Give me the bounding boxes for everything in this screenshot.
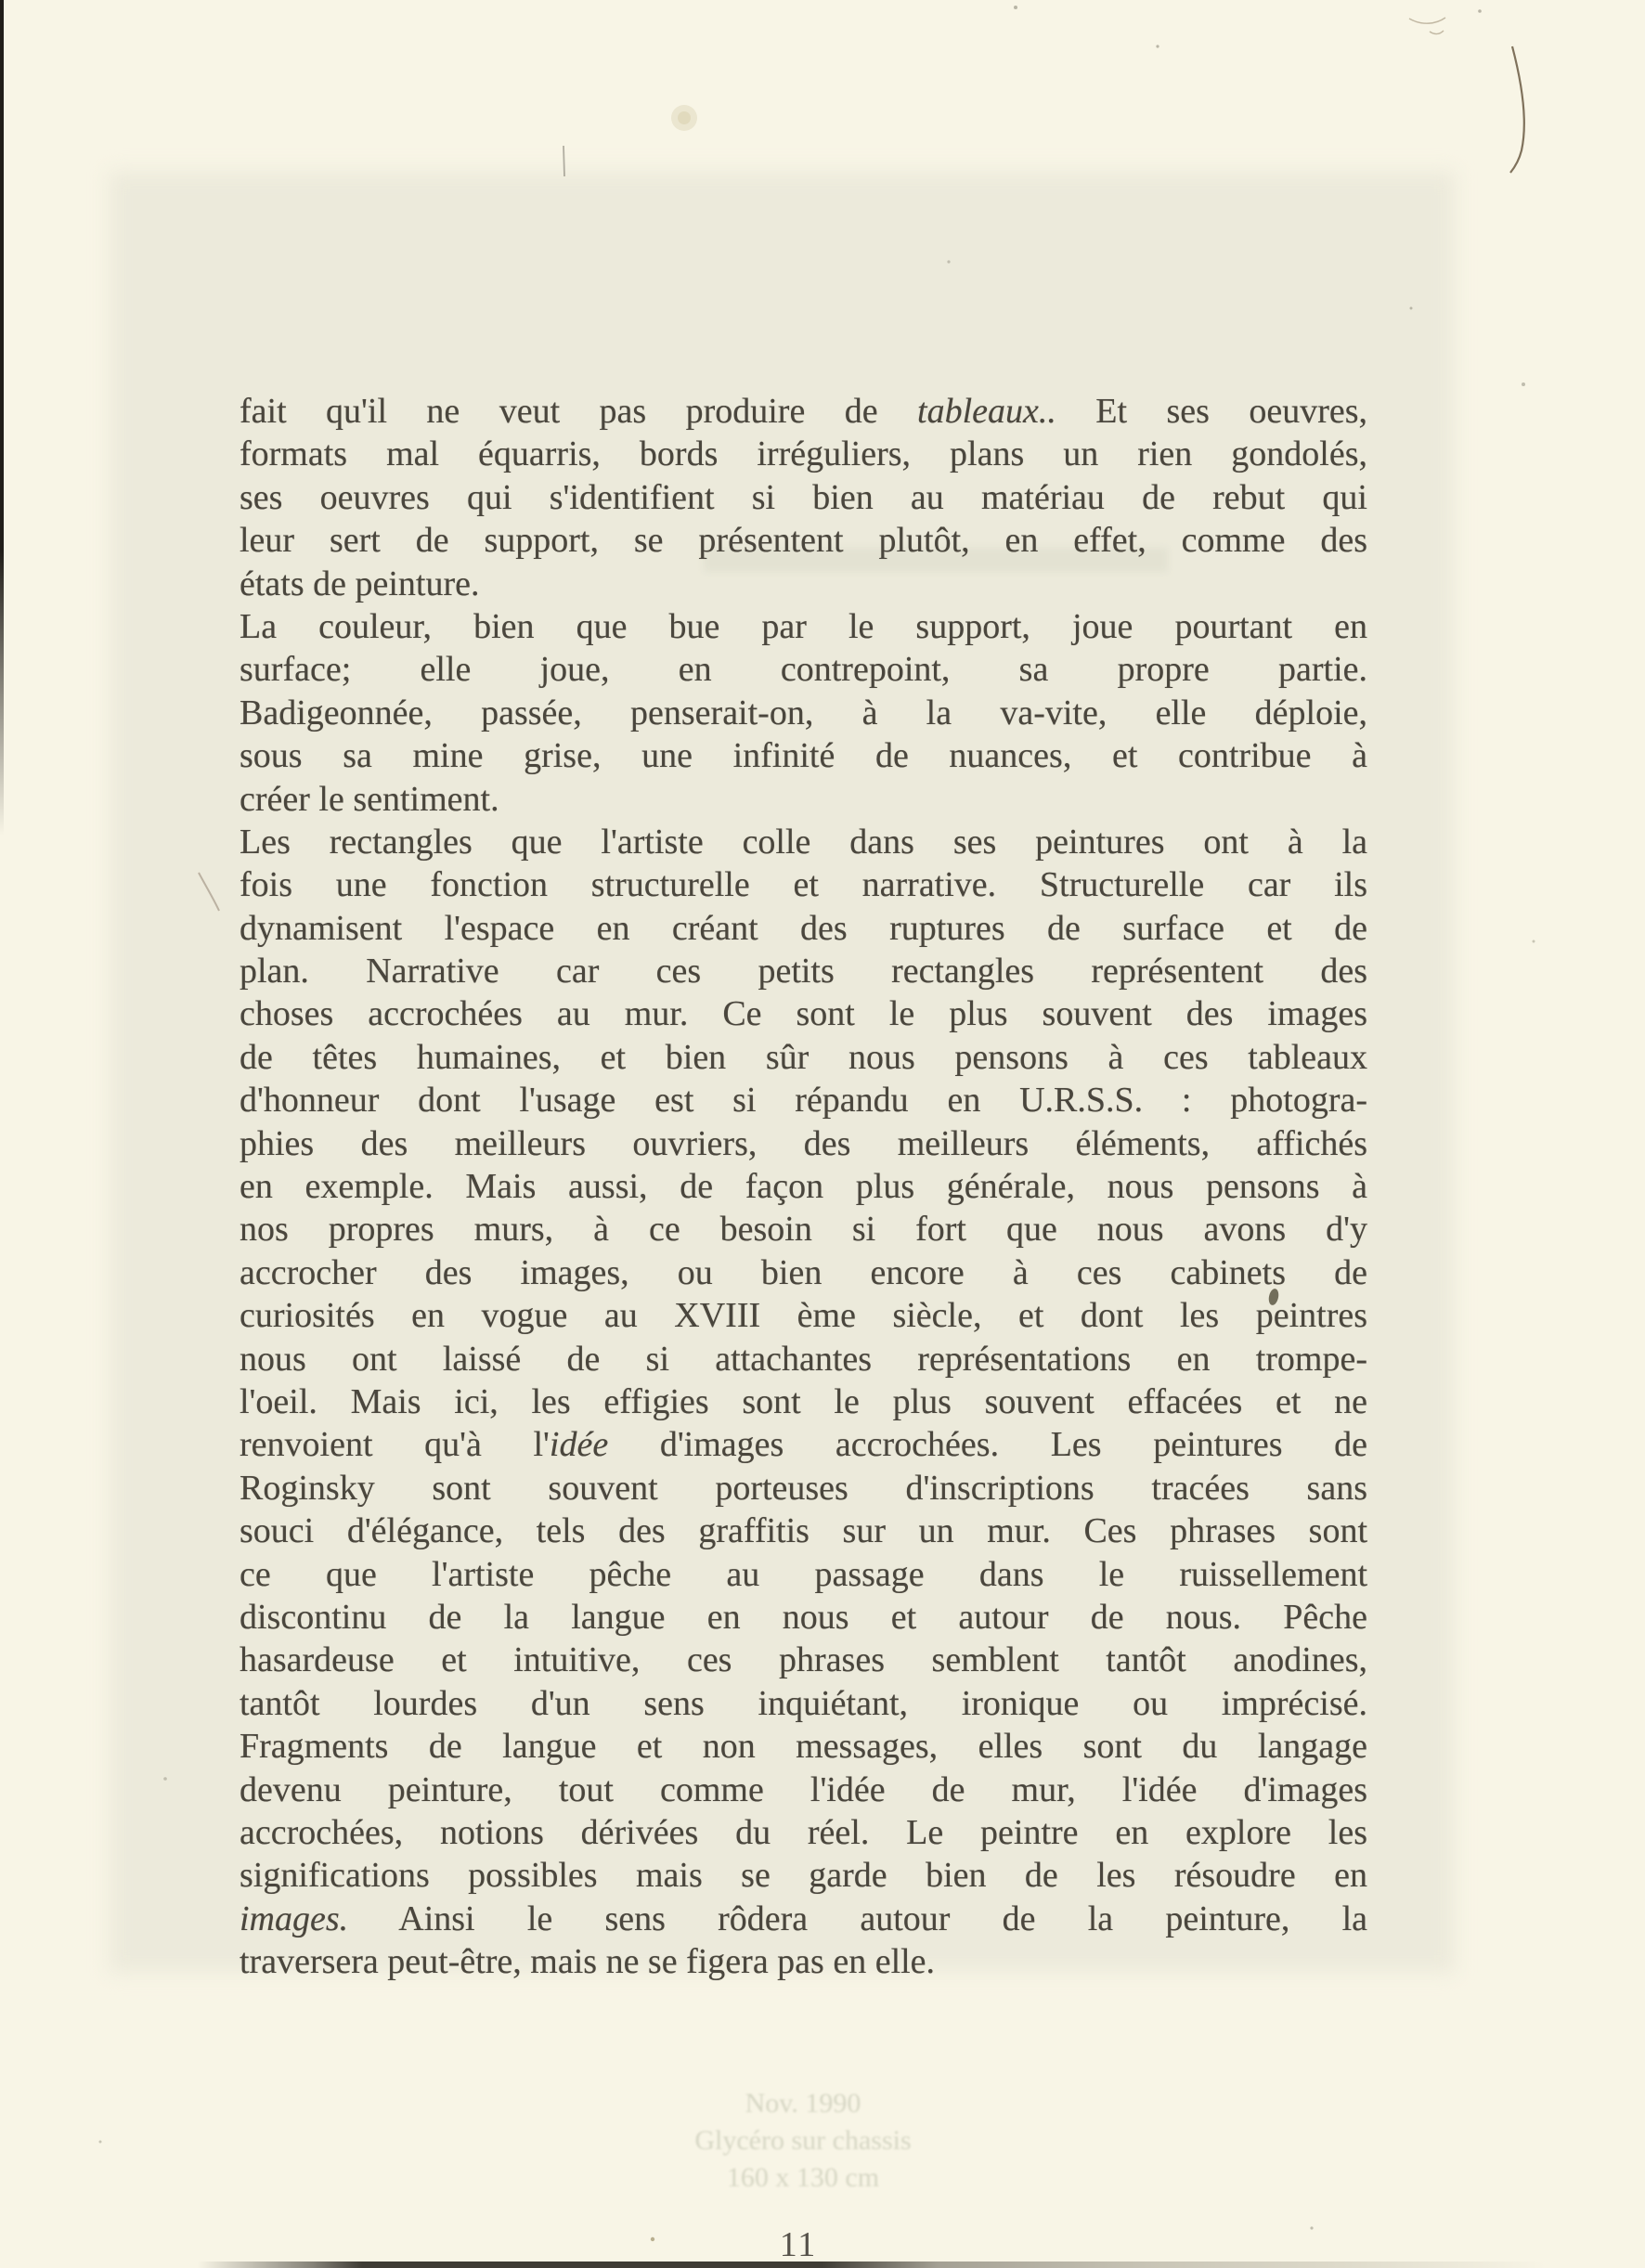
text-segment: La couleur, bien que bue par le support,… <box>240 607 1367 646</box>
text-segment: Fragments de langue et non messages, ell… <box>240 1727 1367 1766</box>
text-segment: l'oeil. Mais ici, les effigies sont le p… <box>240 1382 1367 1421</box>
text-line: phies des meilleurs ouvriers, des meille… <box>240 1122 1367 1165</box>
text-segment: leur sert de support, se présentent plut… <box>240 521 1367 560</box>
showthrough-caption-line: Nov. 1990 <box>557 2085 1049 2122</box>
text-line: choses accrochées au mur. Ce sont le plu… <box>240 992 1367 1035</box>
text-segment: formats mal équarris, bords irréguliers,… <box>240 434 1367 473</box>
body-text: fait qu'il ne veut pas produire de table… <box>240 390 1367 1983</box>
text-segment: fait qu'il ne veut pas produire de <box>240 392 917 431</box>
speck <box>1156 45 1159 47</box>
text-line: l'oeil. Mais ici, les effigies sont le p… <box>240 1380 1367 1423</box>
text-line: surface; elle joue, en contrepoint, sa p… <box>240 648 1367 691</box>
text-segment: images. <box>240 1899 348 1938</box>
text-segment: devenu peinture, tout comme l'idée de mu… <box>240 1770 1367 1809</box>
speck <box>651 2237 654 2241</box>
scanned-page: { "document": { "type": "scanned book pa… <box>0 0 1645 2268</box>
text-segment: Et ses oeuvres, <box>1056 392 1367 431</box>
text-line: d'honneur dont l'usage est si répandu en… <box>240 1079 1367 1121</box>
text-segment: dynamisent l'espace en créant des ruptur… <box>240 909 1367 948</box>
text-line: renvoient qu'à l'idée d'images accrochée… <box>240 1423 1367 1466</box>
text-segment: Les rectangles que l'artiste colle dans … <box>240 823 1367 862</box>
text-line: leur sert de support, se présentent plut… <box>240 519 1367 562</box>
text-segment: souci d'élégance, tels des graffitis sur… <box>240 1511 1367 1550</box>
text-segment: Badigeonnée, passée, penserait-on, à la … <box>240 693 1367 732</box>
showthrough-caption-line: 160 x 130 cm <box>557 2159 1049 2197</box>
text-segment: ses oeuvres qui s'identifient si bien au… <box>240 478 1367 517</box>
text-segment: sous sa mine grise, une infinité de nuan… <box>240 736 1367 775</box>
text-segment: Roginsky sont souvent porteuses d'inscri… <box>240 1469 1367 1508</box>
text-line: devenu peinture, tout comme l'idée de mu… <box>240 1769 1367 1811</box>
text-segment: surface; elle joue, en contrepoint, sa p… <box>240 650 1367 689</box>
text-line: formats mal équarris, bords irréguliers,… <box>240 433 1367 475</box>
text-segment: de têtes humaines, et bien sûr nous pens… <box>240 1038 1367 1077</box>
text-segment: nos propres murs, à ce besoin si fort qu… <box>240 1210 1367 1249</box>
text-line: hasardeuse et intuitive, ces phrases sem… <box>240 1639 1367 1681</box>
text-line: accrochées, notions dérivées du réel. Le… <box>240 1811 1367 1854</box>
text-line: ses oeuvres qui s'identifient si bien au… <box>240 476 1367 519</box>
text-line: de têtes humaines, et bien sûr nous pens… <box>240 1036 1367 1079</box>
text-segment: ce que l'artiste pêche au passage dans l… <box>240 1555 1367 1594</box>
text-line: fait qu'il ne veut pas produire de table… <box>240 390 1367 433</box>
text-segment: phies des meilleurs ouvriers, des meille… <box>240 1124 1367 1163</box>
showthrough-caption: Nov. 1990 Glycéro sur chassis 160 x 130 … <box>557 2085 1049 2197</box>
text-segment: idée <box>550 1425 608 1464</box>
text-segment: fois une fonction structurelle et narrat… <box>240 865 1367 904</box>
text-line: curiosités en vogue au XVIII ème siècle,… <box>240 1294 1367 1337</box>
text-line: dynamisent l'espace en créant des ruptur… <box>240 907 1367 950</box>
speck <box>1522 382 1525 386</box>
text-segment: d'images accrochées. Les peintures de <box>608 1425 1367 1464</box>
text-line: tantôt lourdes d'un sens inquiétant, iro… <box>240 1682 1367 1725</box>
showthrough-caption-line: Glycéro sur chassis <box>557 2122 1049 2159</box>
scan-edge-bottom <box>0 2262 1645 2268</box>
text-segment: discontinu de la langue en nous et autou… <box>240 1598 1367 1637</box>
text-line: images. Ainsi le sens rôdera autour de l… <box>240 1898 1367 1940</box>
text-line: significations possibles mais se garde b… <box>240 1854 1367 1897</box>
hair-artifact-top-right <box>1510 46 1524 173</box>
text-segment: hasardeuse et intuitive, ces phrases sem… <box>240 1640 1367 1679</box>
text-line: nos propres murs, à ce besoin si fort qu… <box>240 1208 1367 1251</box>
text-segment: curiosités en vogue au XVIII ème siècle,… <box>240 1296 1367 1335</box>
speck <box>99 2141 102 2144</box>
text-line: plan. Narrative car ces petits rectangle… <box>240 950 1367 992</box>
speck <box>1310 2226 1313 2229</box>
text-line: fois une fonction structurelle et narrat… <box>240 863 1367 906</box>
text-segment: tantôt lourdes d'un sens inquiétant, iro… <box>240 1684 1367 1723</box>
text-segment: significations possibles mais se garde b… <box>240 1856 1367 1895</box>
text-line: Les rectangles que l'artiste colle dans … <box>240 821 1367 863</box>
text-line: créer le sentiment. <box>240 778 1367 821</box>
text-line: traversera peut-être, mais ne se figera … <box>240 1940 1367 1983</box>
text-segment: états de peinture. <box>240 564 480 603</box>
paper-stain <box>678 111 691 124</box>
text-segment: accrocher des images, ou bien encore à c… <box>240 1253 1367 1292</box>
text-line: Roginsky sont souvent porteuses d'inscri… <box>240 1467 1367 1510</box>
text-line: ce que l'artiste pêche au passage dans l… <box>240 1553 1367 1596</box>
text-line: nous ont laissé de si attachantes représ… <box>240 1338 1367 1380</box>
text-segment: renvoient qu'à l' <box>240 1425 550 1464</box>
page-number: 11 <box>738 2224 859 2265</box>
text-line: sous sa mine grise, une infinité de nuan… <box>240 734 1367 777</box>
text-segment: Ainsi le sens rôdera autour de la peintu… <box>348 1899 1367 1938</box>
paper-stain <box>671 105 697 131</box>
text-line: accrocher des images, ou bien encore à c… <box>240 1251 1367 1294</box>
speck <box>1478 9 1482 13</box>
text-line: Fragments de langue et non messages, ell… <box>240 1725 1367 1768</box>
speck <box>1533 940 1535 943</box>
text-segment: tableaux.. <box>917 392 1056 431</box>
text-line: Badigeonnée, passée, penserait-on, à la … <box>240 692 1367 734</box>
text-segment: traversera peut-être, mais ne se figera … <box>240 1942 935 1981</box>
text-segment: choses accrochées au mur. Ce sont le plu… <box>240 994 1367 1033</box>
scan-edge-left <box>0 0 4 836</box>
text-line: en exemple. Mais aussi, de façon plus gé… <box>240 1165 1367 1208</box>
text-line: états de peinture. <box>240 563 1367 605</box>
text-segment: plan. Narrative car ces petits rectangle… <box>240 952 1367 991</box>
text-segment: créer le sentiment. <box>240 780 499 819</box>
text-line: La couleur, bien que bue par le support,… <box>240 605 1367 648</box>
text-segment: nous ont laissé de si attachantes représ… <box>240 1340 1367 1379</box>
text-segment: d'honneur dont l'usage est si répandu en… <box>240 1081 1367 1120</box>
text-line: discontinu de la langue en nous et autou… <box>240 1596 1367 1639</box>
text-line: souci d'élégance, tels des graffitis sur… <box>240 1510 1367 1552</box>
speck <box>1014 6 1017 9</box>
text-segment: en exemple. Mais aussi, de façon plus gé… <box>240 1167 1367 1206</box>
text-segment: accrochées, notions dérivées du réel. Le… <box>240 1813 1367 1852</box>
hair-artifact-squiggle <box>1409 18 1445 34</box>
